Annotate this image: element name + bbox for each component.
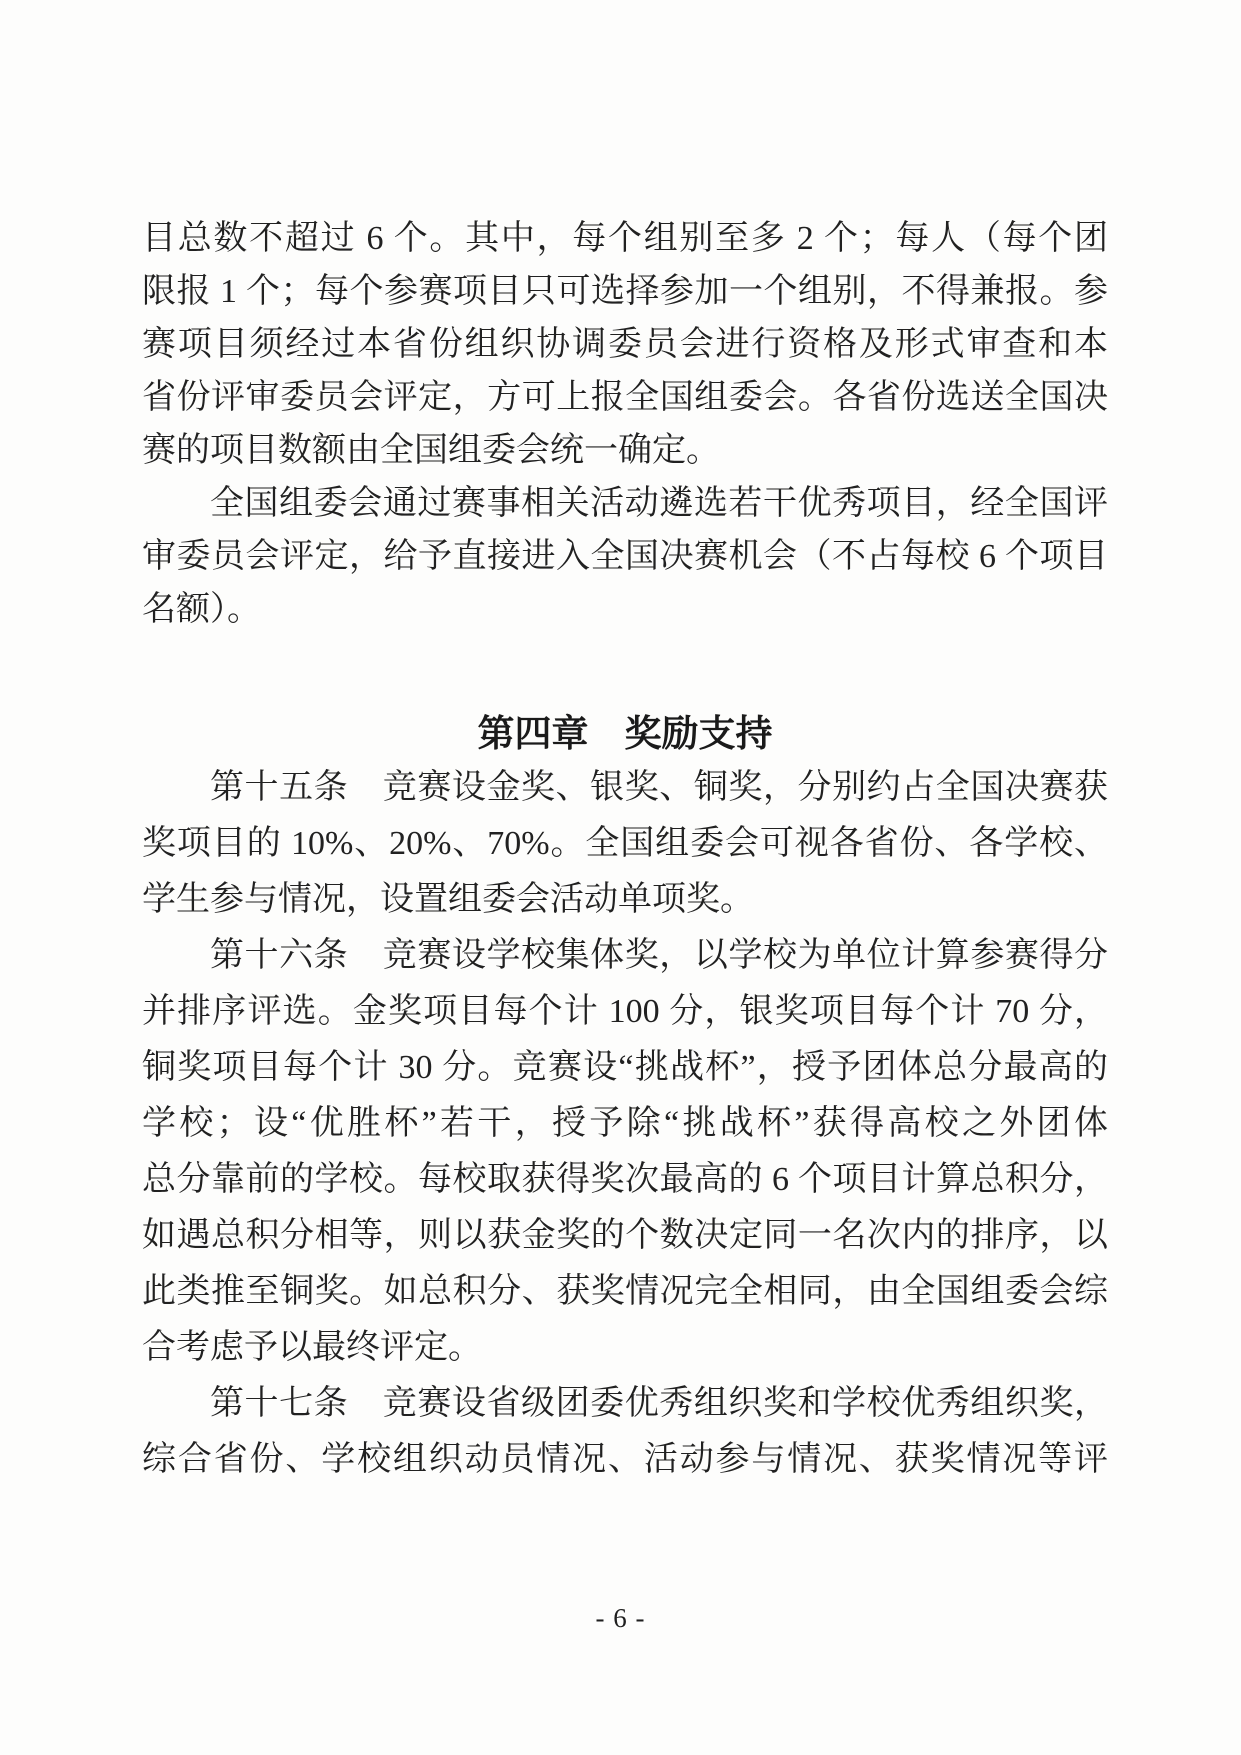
text-line: 审委员会评定，给予直接进入全国决赛机会（不占每校 6 个项目 [142,530,1108,583]
text-line: 第十六条 竞赛设学校集体奖，以学校为单位计算参赛得分 [142,928,1108,984]
text-line: 学生参与情况，设置组委会活动单项奖。 [142,872,1108,928]
text-line: 第十七条 竞赛设省级团委优秀组织奖和学校优秀组织奖， [142,1376,1108,1432]
text-line: 目总数不超过 6 个。其中，每个组别至多 2 个；每人（每个团队） [142,212,1108,265]
page-number: - 6 - [0,1600,1241,1636]
text-line: 第十五条 竞赛设金奖、银奖、铜奖，分别约占全国决赛获 [142,760,1108,816]
text-line: 全国组委会通过赛事相关活动遴选若干优秀项目，经全国评 [142,477,1108,530]
text-line: 综合省份、学校组织动员情况、活动参与情况、获奖情况等评定。 [142,1432,1108,1488]
text-line: 赛的项目数额由全国组委会统一确定。 [142,424,1108,477]
text-line: 限报 1 个；每个参赛项目只可选择参加一个组别，不得兼报。参 [142,265,1108,318]
text-line: 奖项目的 10%、20%、70%。全国组委会可视各省份、各学校、 [142,816,1108,872]
text-line: 此类推至铜奖。如总积分、获奖情况完全相同，由全国组委会综 [142,1264,1108,1320]
text-line: 铜奖项目每个计 30 分。竞赛设“挑战杯”，授予团体总分最高的 [142,1040,1108,1096]
document-page: 目总数不超过 6 个。其中，每个组别至多 2 个；每人（每个团队） 限报 1 个… [0,0,1241,1755]
text-line: 如遇总积分相等，则以获金奖的个数决定同一名次内的排序，以 [142,1208,1108,1264]
text-line: 总分靠前的学校。每校取获得奖次最高的 6 个项目计算总积分， [142,1152,1108,1208]
text-line: 学校；设“优胜杯”若干，授予除“挑战杯”获得高校之外团体 [142,1096,1108,1152]
text-line: 并排序评选。金奖项目每个计 100 分，银奖项目每个计 70 分， [142,984,1108,1040]
lower-text-block: 第十五条 竞赛设金奖、银奖、铜奖，分别约占全国决赛获 奖项目的 10%、20%、… [142,760,1108,1488]
text-line: 合考虑予以最终评定。 [142,1320,1108,1376]
text-line: 名额）。 [142,583,1108,636]
chapter-number: 第四章 [478,713,589,754]
text-line: 省份评审委员会评定，方可上报全国组委会。各省份选送全国决 [142,371,1108,424]
text-line: 赛项目须经过本省份组织协调委员会进行资格及形式审查和本 [142,318,1108,371]
chapter-title: 奖励支持 [625,713,773,754]
chapter-heading: 第四章奖励支持 [142,706,1108,762]
upper-text-block: 目总数不超过 6 个。其中，每个组别至多 2 个；每人（每个团队） 限报 1 个… [142,212,1108,636]
